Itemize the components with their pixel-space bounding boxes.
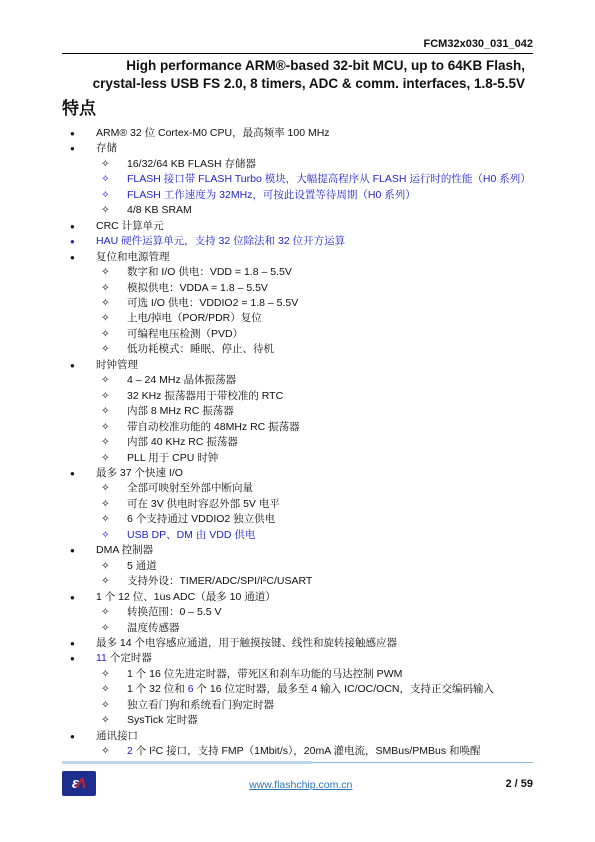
feature-item: ●HAU 硬件运算单元，支持 32 位除法和 32 位开方运算 <box>62 234 533 249</box>
diamond-icon: ✧ <box>101 327 127 342</box>
feature-item: ✧6 个支持通过 VDDIO2 独立供电 <box>62 512 533 527</box>
feature-item: ✧1 个 32 位和 6 个 16 位定时器，最多至 4 输入 IC/OC/OC… <box>62 682 533 697</box>
feature-text: 4/8 KB SRAM <box>127 203 192 218</box>
diamond-icon: ✧ <box>101 373 127 388</box>
diamond-icon: ✧ <box>101 451 127 466</box>
header-rule <box>62 53 533 54</box>
feature-text: HAU 硬件运算单元，支持 32 位除法和 32 位开方运算 <box>96 234 345 249</box>
feature-item: ●最多 14 个电容感应通道，用于触摸按键、线性和旋转接触感应器 <box>62 636 533 651</box>
feature-text: 支持外设：TIMER/ADC/SPI/I²C/USART <box>127 574 312 589</box>
feature-item: ✧数字和 I/O 供电：VDD = 1.8 – 5.5V <box>62 265 533 280</box>
feature-item: ✧转换范围：0 – 5.5 V <box>62 605 533 620</box>
feature-item: ✧温度传感器 <box>62 621 533 636</box>
feature-text: 11 个定时器 <box>96 651 152 666</box>
diamond-icon: ✧ <box>101 698 127 713</box>
diamond-icon: ✧ <box>101 172 127 187</box>
feature-item: ✧SysTick 定时器 <box>62 713 533 728</box>
diamond-icon: ✧ <box>101 713 127 728</box>
feature-text: 1 个 12 位、1us ADC（最多 10 通道） <box>96 590 276 605</box>
document-title-line2: crystal-less USB FS 2.0, 8 timers, ADC &… <box>62 75 525 93</box>
feature-item: ✧带自动校准功能的 48MHz RC 振荡器 <box>62 420 533 435</box>
feature-item: ●1 个 12 位、1us ADC（最多 10 通道） <box>62 590 533 605</box>
diamond-icon: ✧ <box>101 481 127 496</box>
feature-item: ✧支持外设：TIMER/ADC/SPI/I²C/USART <box>62 574 533 589</box>
bullet-icon: ● <box>70 250 96 265</box>
bullet-icon: ● <box>70 234 96 249</box>
feature-list: ●ARM® 32 位 Cortex-M0 CPU，最高频率 100 MHz●存储… <box>62 126 533 760</box>
diamond-icon: ✧ <box>101 682 127 697</box>
diamond-icon: ✧ <box>101 667 127 682</box>
bullet-icon: ● <box>70 636 96 651</box>
diamond-icon: ✧ <box>101 512 127 527</box>
feature-item: ●通讯接口 <box>62 729 533 744</box>
feature-text: 通讯接口 <box>96 729 138 744</box>
section-title-features: 特点 <box>62 98 533 120</box>
diamond-icon: ✧ <box>101 435 127 450</box>
document-id: FCM32x030_031_042 <box>62 38 533 51</box>
feature-text: 16/32/64 KB FLASH 存储器 <box>127 157 256 172</box>
feature-text: 5 通道 <box>127 559 157 574</box>
feature-text: 2 个 I²C 接口，支持 FMP（1Mbit/s），20mA 灌电流，SMBu… <box>127 744 481 759</box>
feature-text: 存储 <box>96 141 117 156</box>
feature-text: 1 个 16 位先进定时器，带死区和刹车功能的马达控制 PWM <box>127 667 402 682</box>
bullet-icon: ● <box>70 358 96 373</box>
feature-text: 1 个 32 位和 6 个 16 位定时器，最多至 4 输入 IC/OC/OCN… <box>127 682 494 697</box>
feature-item: ✧可选 I/O 供电：VDDIO2 = 1.8 – 5.5V <box>62 296 533 311</box>
logo-mark-lambda: Λ <box>76 776 86 791</box>
diamond-icon: ✧ <box>101 420 127 435</box>
feature-text: USB DP、DM 由 VDD 供电 <box>127 528 255 543</box>
bullet-icon: ● <box>70 651 96 666</box>
feature-item: ✧低功耗模式：睡眠、停止、待机 <box>62 342 533 357</box>
diamond-icon: ✧ <box>101 559 127 574</box>
feature-item: ✧USB DP、DM 由 VDD 供电 <box>62 528 533 543</box>
feature-text: 4 – 24 MHz 晶体振荡器 <box>127 373 236 388</box>
feature-text: 复位和电源管理 <box>96 250 170 265</box>
feature-text: 可编程电压检测（PVD） <box>127 327 243 342</box>
feature-text: ARM® 32 位 Cortex-M0 CPU，最高频率 100 MHz <box>96 126 330 141</box>
feature-item: ✧16/32/64 KB FLASH 存储器 <box>62 157 533 172</box>
feature-text: 独立看门狗和系统看门狗定时器 <box>127 698 274 713</box>
feature-text: 可在 3V 供电时容忍外部 5V 电平 <box>127 497 280 512</box>
bullet-icon: ● <box>70 141 96 156</box>
feature-item: ●时钟管理 <box>62 358 533 373</box>
footer-row: ε Λ www.flashchip.com.cn 2 / 59 <box>62 771 533 796</box>
feature-text: 内部 40 KHz RC 振荡器 <box>127 435 238 450</box>
feature-item: ✧FLASH 接口带 FLASH Turbo 模块，大幅提高程序从 FLASH … <box>62 172 533 187</box>
feature-text: FLASH 工作速度为 32MHz，可按此设置等待周期（H0 系列） <box>127 188 416 203</box>
diamond-icon: ✧ <box>101 296 127 311</box>
footer-rule <box>62 760 533 764</box>
website-link[interactable]: www.flashchip.com.cn <box>249 779 352 791</box>
feature-item: ●存储 <box>62 141 533 156</box>
feature-text: 最多 37 个快速 I/O <box>96 466 183 481</box>
document-title: High performance ARM®-based 32-bit MCU, … <box>62 57 533 93</box>
footer-rule-band <box>62 761 312 764</box>
diamond-icon: ✧ <box>101 281 127 296</box>
feature-text: CRC 计算单元 <box>96 219 164 234</box>
bullet-icon: ● <box>70 729 96 744</box>
diamond-icon: ✧ <box>101 342 127 357</box>
datasheet-page: FCM32x030_031_042 High performance ARM®-… <box>0 0 595 842</box>
feature-item: ✧1 个 16 位先进定时器，带死区和刹车功能的马达控制 PWM <box>62 667 533 682</box>
feature-item: ✧可在 3V 供电时容忍外部 5V 电平 <box>62 497 533 512</box>
feature-item: ✧4/8 KB SRAM <box>62 203 533 218</box>
feature-item: ✧模拟供电：VDDA = 1.8 – 5.5V <box>62 281 533 296</box>
diamond-icon: ✧ <box>101 203 127 218</box>
feature-item: ✧2 个 I²C 接口，支持 FMP（1Mbit/s），20mA 灌电流，SMB… <box>62 744 533 759</box>
feature-item: ●ARM® 32 位 Cortex-M0 CPU，最高频率 100 MHz <box>62 126 533 141</box>
flashchip-logo-icon: ε Λ <box>62 771 96 796</box>
feature-item: ✧独立看门狗和系统看门狗定时器 <box>62 698 533 713</box>
diamond-icon: ✧ <box>101 404 127 419</box>
feature-text: 数字和 I/O 供电：VDD = 1.8 – 5.5V <box>127 265 292 280</box>
feature-item: ✧4 – 24 MHz 晶体振荡器 <box>62 373 533 388</box>
feature-item: ✧内部 8 MHz RC 振荡器 <box>62 404 533 419</box>
feature-item: ●复位和电源管理 <box>62 250 533 265</box>
diamond-icon: ✧ <box>101 574 127 589</box>
feature-text: PLL 用于 CPU 时钟 <box>127 451 218 466</box>
feature-text: 低功耗模式：睡眠、停止、待机 <box>127 342 274 357</box>
feature-item: ✧全部可映射至外部中断向量 <box>62 481 533 496</box>
feature-text: 全部可映射至外部中断向量 <box>127 481 253 496</box>
document-title-line1: High performance ARM®-based 32-bit MCU, … <box>62 57 525 75</box>
feature-item: ●DMA 控制器 <box>62 543 533 558</box>
bullet-icon: ● <box>70 219 96 234</box>
diamond-icon: ✧ <box>101 621 127 636</box>
bullet-icon: ● <box>70 543 96 558</box>
feature-text: DMA 控制器 <box>96 543 153 558</box>
feature-text: 模拟供电：VDDA = 1.8 – 5.5V <box>127 281 268 296</box>
feature-text: SysTick 定时器 <box>127 713 198 728</box>
diamond-icon: ✧ <box>101 528 127 543</box>
page-content: FCM32x030_031_042 High performance ARM®-… <box>62 0 533 760</box>
feature-text: 可选 I/O 供电：VDDIO2 = 1.8 – 5.5V <box>127 296 298 311</box>
diamond-icon: ✧ <box>101 389 127 404</box>
diamond-icon: ✧ <box>101 605 127 620</box>
diamond-icon: ✧ <box>101 188 127 203</box>
feature-item: ✧5 通道 <box>62 559 533 574</box>
diamond-icon: ✧ <box>101 265 127 280</box>
feature-text: 温度传感器 <box>127 621 180 636</box>
feature-text: 最多 14 个电容感应通道，用于触摸按键、线性和旋转接触感应器 <box>96 636 397 651</box>
page-number: 2 / 59 <box>505 778 533 790</box>
feature-text: 带自动校准功能的 48MHz RC 振荡器 <box>127 420 300 435</box>
feature-text: 32 KHz 振荡器用于带校准的 RTC <box>127 389 283 404</box>
feature-text: 上电/掉电（POR/PDR）复位 <box>127 311 262 326</box>
feature-item: ✧FLASH 工作速度为 32MHz，可按此设置等待周期（H0 系列） <box>62 188 533 203</box>
feature-item: ●CRC 计算单元 <box>62 219 533 234</box>
feature-text: 6 个支持通过 VDDIO2 独立供电 <box>127 512 275 527</box>
diamond-icon: ✧ <box>101 311 127 326</box>
feature-item: ✧32 KHz 振荡器用于带校准的 RTC <box>62 389 533 404</box>
feature-item: ●最多 37 个快速 I/O <box>62 466 533 481</box>
footer-center: www.flashchip.com.cn <box>96 775 505 793</box>
feature-text: 转换范围：0 – 5.5 V <box>127 605 222 620</box>
feature-item: ✧PLL 用于 CPU 时钟 <box>62 451 533 466</box>
diamond-icon: ✧ <box>101 497 127 512</box>
bullet-icon: ● <box>70 590 96 605</box>
feature-item: ✧可编程电压检测（PVD） <box>62 327 533 342</box>
bullet-icon: ● <box>70 466 96 481</box>
diamond-icon: ✧ <box>101 744 127 759</box>
page-footer: ε Λ www.flashchip.com.cn 2 / 59 <box>62 760 533 796</box>
feature-item: ✧内部 40 KHz RC 振荡器 <box>62 435 533 450</box>
diamond-icon: ✧ <box>101 157 127 172</box>
feature-text: 时钟管理 <box>96 358 138 373</box>
feature-text: 内部 8 MHz RC 振荡器 <box>127 404 234 419</box>
feature-item: ✧上电/掉电（POR/PDR）复位 <box>62 311 533 326</box>
feature-text: FLASH 接口带 FLASH Turbo 模块，大幅提高程序从 FLASH 运… <box>127 172 531 187</box>
feature-item: ●11 个定时器 <box>62 651 533 666</box>
bullet-icon: ● <box>70 126 96 141</box>
